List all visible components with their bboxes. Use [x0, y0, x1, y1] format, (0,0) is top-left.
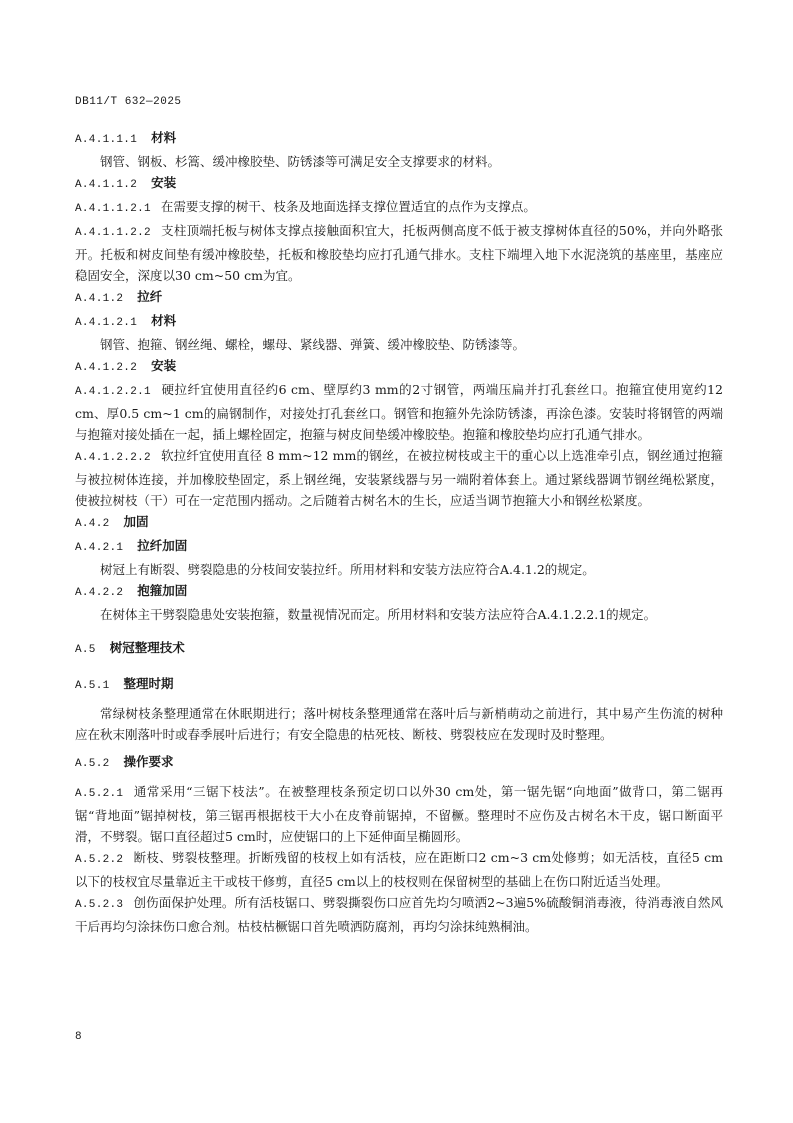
heading-a41112: A.4.1.1.2 安装: [75, 172, 723, 196]
clause-number: A.5.2.3: [75, 899, 123, 911]
clause-text: 断枝、劈裂枝整理。折断残留的枝杈上如有活枝，应在距断口2 cm~3 cm处修剪；…: [75, 850, 723, 889]
clause-text: 硬拉纤宜使用直径约6 cm、壁厚约3 mm的2寸钢管，两端压扁并打孔套丝口。抱箍…: [75, 382, 723, 442]
clause-title: 安装: [151, 358, 176, 373]
document-body: A.4.1.1.1 材料 钢管、钢板、杉篙、缓冲橡胶垫、防锈漆等可满足安全支撑要…: [75, 127, 723, 937]
paragraph-a41121: 钢管、抱箍、钢丝绳、螺栓，螺母、紧线器、弹簧、缓冲橡胶垫、防锈漆等。: [75, 334, 723, 355]
clause-number: A.5.2.2: [75, 854, 123, 866]
paragraph-a411222: A.4.1.2.2.2软拉纤宜使用直径 8 mm~12 mm的钢丝，在被拉树枝或…: [75, 445, 723, 511]
clause-text: 在需要支撑的树干、枝条及地面选择支撑位置适宜的点作为支撑点。: [161, 199, 536, 214]
clause-title: 拉纤加固: [137, 538, 187, 553]
paragraph-a4422: 在树体主干劈裂隐患处安装抱箍，数量视情况而定。所用材料和安装方法应符合A.4.1…: [75, 604, 723, 625]
clause-title: 拉纤: [137, 289, 162, 304]
heading-a4422: A.4.2.2 抱箍加固: [75, 580, 723, 604]
paragraph-a4421: 树冠上有断裂、劈裂隐患的分枝间安装拉纤。所用材料和安装方法应符合A.4.1.2的…: [75, 559, 723, 580]
paragraph-a51: 常绿树枝条整理通常在休眠期进行；落叶树枝条整理通常在落叶后与新梢萌动之前进行，其…: [75, 703, 723, 745]
clause-number: A.5.2.1: [75, 788, 123, 800]
spacer: [75, 661, 723, 673]
clause-number: A.4.1.1.1: [75, 134, 137, 146]
clause-number: A.4.1.1.2.1: [75, 203, 151, 215]
clause-number: A.5.1: [75, 680, 110, 692]
clause-title: 加固: [124, 514, 149, 529]
heading-a4112: A.4.1.2 拉纤: [75, 286, 723, 310]
paragraph-a411121: A.4.1.1.2.1在需要支撑的树干、枝条及地面选择支撑位置适宜的点作为支撑点…: [75, 196, 723, 220]
clause-number: A.4.1.2.2.1: [75, 386, 151, 398]
clause-number: A.4.1.2.1: [75, 317, 137, 329]
heading-a5: A.5 树冠整理技术: [75, 637, 723, 661]
clause-title: 安装: [151, 175, 176, 190]
clause-number: A.4.1.1.2.2: [75, 227, 151, 239]
heading-a52: A.5.2 操作要求: [75, 751, 723, 775]
document-code-header: DB11/T 632—2025: [75, 96, 182, 108]
clause-number: A.4.2.1: [75, 542, 123, 554]
heading-a442: A.4.2 加固: [75, 511, 723, 535]
clause-title: 操作要求: [124, 754, 174, 769]
page-number: 8: [75, 1031, 82, 1043]
clause-number: A.5.2: [75, 758, 110, 770]
heading-a41122: A.4.1.2.2 安装: [75, 355, 723, 379]
clause-text: 通常采用“三锯下枝法”。在被整理枝条预定切口以外30 cm处，第一锯先锯“向地面…: [75, 784, 723, 844]
clause-text: 软拉纤宜使用直径 8 mm~12 mm的钢丝，在被拉树枝或主干的重心以上选准牵引…: [75, 448, 723, 508]
paragraph-a41111: 钢管、钢板、杉篙、缓冲橡胶垫、防锈漆等可满足安全支撑要求的材料。: [75, 151, 723, 172]
heading-a51: A.5.1 整理时期: [75, 673, 723, 697]
clause-title: 材料: [151, 130, 176, 145]
clause-number: A.4.1.1.2: [75, 179, 137, 191]
clause-title: 抱箍加固: [137, 583, 187, 598]
heading-a41111: A.4.1.1.1 材料: [75, 127, 723, 151]
section-title: 树冠整理技术: [110, 640, 185, 655]
heading-a41121: A.4.1.2.1 材料: [75, 310, 723, 334]
clause-number: A.4.1.2.2: [75, 362, 137, 374]
paragraph-a523: A.5.2.3创伤面保护处理。所有活枝锯口、劈裂撕裂伤口应首先均匀喷洒2~3遍5…: [75, 892, 723, 937]
heading-a4421: A.4.2.1 拉纤加固: [75, 535, 723, 559]
clause-number: A.5: [75, 644, 96, 656]
clause-number: A.4.2: [75, 518, 110, 530]
clause-text: 支柱顶端托板与树体支撑点接触面积宜大，托板两侧高度不低于被支撑树体直径的50%，…: [75, 223, 723, 283]
clause-text: 创伤面保护处理。所有活枝锯口、劈裂撕裂伤口应首先均匀喷洒2~3遍5%硫酸铜消毒液…: [75, 895, 723, 934]
clause-number: A.4.1.2: [75, 293, 123, 305]
clause-number: A.4.2.2: [75, 587, 123, 599]
clause-title: 材料: [151, 313, 176, 328]
paragraph-a521: A.5.2.1通常采用“三锯下枝法”。在被整理枝条预定切口以外30 cm处，第一…: [75, 781, 723, 847]
paragraph-a411122: A.4.1.1.2.2支柱顶端托板与树体支撑点接触面积宜大，托板两侧高度不低于被…: [75, 220, 723, 286]
clause-number: A.4.1.2.2.2: [75, 452, 151, 464]
paragraph-a522: A.5.2.2断枝、劈裂枝整理。折断残留的枝杈上如有活枝，应在距断口2 cm~3…: [75, 847, 723, 892]
clause-title: 整理时期: [124, 676, 174, 691]
spacer: [75, 625, 723, 637]
paragraph-a411221: A.4.1.2.2.1硬拉纤宜使用直径约6 cm、壁厚约3 mm的2寸钢管，两端…: [75, 379, 723, 445]
